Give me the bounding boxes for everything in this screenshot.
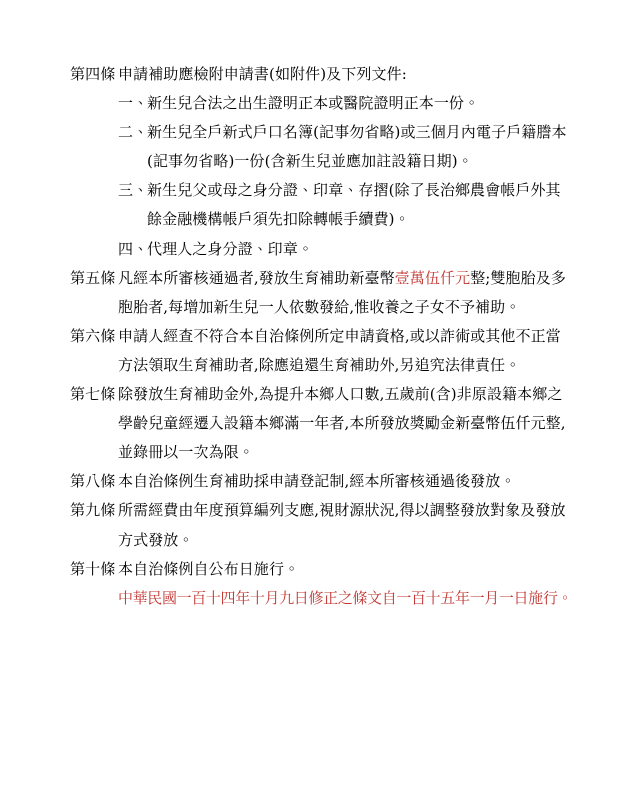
article-number: 第十條 <box>70 555 118 584</box>
item-text: 新生兒全戶新式戶口名簿(記事勿省略)或三個月內電子戶籍謄本(記事勿省略)一份(含… <box>147 118 572 176</box>
article-content: 凡經本所審核通過者,發放生育補助新臺幣壹萬伍仟元整;雙胞胎及多胞胎者,每增加新生… <box>118 264 572 322</box>
document-page: 第四條申請補助應檢附申請書(如附件)及下列文件:一、新生兒合法之出生證明正本或醫… <box>0 0 633 802</box>
amendment-note-row: 中華民國一百十四年十月九日修正之條文自一百十五年一月一日施行。 <box>70 584 633 613</box>
item-marker: 一、 <box>118 89 147 118</box>
article-content: 本自治條例自公布日施行。 <box>118 555 572 584</box>
text-segment: 本自治條例生育補助採申請登記制,經本所審核通過後發放。 <box>118 472 515 490</box>
text-segment: 除發放生育補助金外,為提升本鄉人口數,五歲前(含)非原設籍本鄉之學齡兒童經遷入設… <box>118 385 566 461</box>
article-number: 第五條 <box>70 264 118 293</box>
text-segment: 凡經本所審核通過者,發放生育補助新臺幣 <box>118 269 395 287</box>
list-item: 三、新生兒父或母之身分證、印章、存摺(除了長治鄉農會帳戶外其餘金融機構帳戶須先扣… <box>118 176 572 234</box>
article: 第九條所需經費由年度預算編列支應,視財源狀況,得以調整發放對象及發放方式發放。 <box>70 496 633 554</box>
item-marker: 二、 <box>118 118 147 147</box>
article: 第四條申請補助應檢附申請書(如附件)及下列文件:一、新生兒合法之出生證明正本或醫… <box>70 60 633 264</box>
text-segment: 申請補助應檢附申請書(如附件)及下列文件: <box>118 65 407 83</box>
article-number: 第六條 <box>70 322 118 351</box>
item-text: 代理人之身分證、印章。 <box>147 235 572 264</box>
text-segment: 本自治條例自公布日施行。 <box>118 560 299 578</box>
article-number: 第四條 <box>70 60 118 89</box>
article: 第七條除發放生育補助金外,為提升本鄉人口數,五歲前(含)非原設籍本鄉之學齡兒童經… <box>70 380 633 467</box>
article-content: 申請人經查不符合本自治條例所定申請資格,或以詐術或其他不正當方法領取生育補助者,… <box>118 322 572 380</box>
article-content: 除發放生育補助金外,為提升本鄉人口數,五歲前(含)非原設籍本鄉之學齡兒童經遷入設… <box>118 380 572 467</box>
item-text: 新生兒合法之出生證明正本或醫院證明正本一份。 <box>147 89 572 118</box>
article: 第六條申請人經查不符合本自治條例所定申請資格,或以詐術或其他不正當方法領取生育補… <box>70 322 633 380</box>
article-content: 申請補助應檢附申請書(如附件)及下列文件:一、新生兒合法之出生證明正本或醫院證明… <box>118 60 572 264</box>
text-segment: 所需經費由年度預算編列支應,視財源狀況,得以調整發放對象及發放方式發放。 <box>118 501 566 548</box>
article-number: 第九條 <box>70 496 118 525</box>
item-marker: 四、 <box>118 235 147 264</box>
list-item: 一、新生兒合法之出生證明正本或醫院證明正本一份。 <box>118 89 572 118</box>
article-number: 第八條 <box>70 467 118 496</box>
item-text: 新生兒父或母之身分證、印章、存摺(除了長治鄉農會帳戶外其餘金融機構帳戶須先扣除轉… <box>147 176 572 234</box>
article: 第十條本自治條例自公布日施行。 <box>70 555 633 584</box>
item-marker: 三、 <box>118 176 147 205</box>
list-item: 二、新生兒全戶新式戶口名簿(記事勿省略)或三個月內電子戶籍謄本(記事勿省略)一份… <box>118 118 572 176</box>
article-content: 本自治條例生育補助採申請登記制,經本所審核通過後發放。 <box>118 467 572 496</box>
article: 第五條凡經本所審核通過者,發放生育補助新臺幣壹萬伍仟元整;雙胞胎及多胞胎者,每增… <box>70 264 633 322</box>
articles: 第四條申請補助應檢附申請書(如附件)及下列文件:一、新生兒合法之出生證明正本或醫… <box>70 60 633 584</box>
article-number: 第七條 <box>70 380 118 409</box>
article-text: 所需經費由年度預算編列支應,視財源狀況,得以調整發放對象及發放方式發放。 <box>118 496 572 554</box>
article-text: 申請人經查不符合本自治條例所定申請資格,或以詐術或其他不正當方法領取生育補助者,… <box>118 322 572 380</box>
list-item: 四、代理人之身分證、印章。 <box>118 235 572 264</box>
article-text: 申請補助應檢附申請書(如附件)及下列文件: <box>118 60 572 89</box>
article-text: 本自治條例自公布日施行。 <box>118 555 572 584</box>
article-text: 本自治條例生育補助採申請登記制,經本所審核通過後發放。 <box>118 467 572 496</box>
article: 第八條本自治條例生育補助採申請登記制,經本所審核通過後發放。 <box>70 467 633 496</box>
text-segment: 申請人經查不符合本自治條例所定申請資格,或以詐術或其他不正當方法領取生育補助者,… <box>118 327 561 374</box>
article-text: 凡經本所審核通過者,發放生育補助新臺幣壹萬伍仟元整;雙胞胎及多胞胎者,每增加新生… <box>118 264 572 322</box>
amendment-note: 中華民國一百十四年十月九日修正之條文自一百十五年一月一日施行。 <box>118 584 572 613</box>
article-text: 除發放生育補助金外,為提升本鄉人口數,五歲前(含)非原設籍本鄉之學齡兒童經遷入設… <box>118 380 572 467</box>
article-content: 所需經費由年度預算編列支應,視財源狀況,得以調整發放對象及發放方式發放。 <box>118 496 572 554</box>
highlighted-amount-text: 壹萬伍仟元 <box>395 269 471 287</box>
